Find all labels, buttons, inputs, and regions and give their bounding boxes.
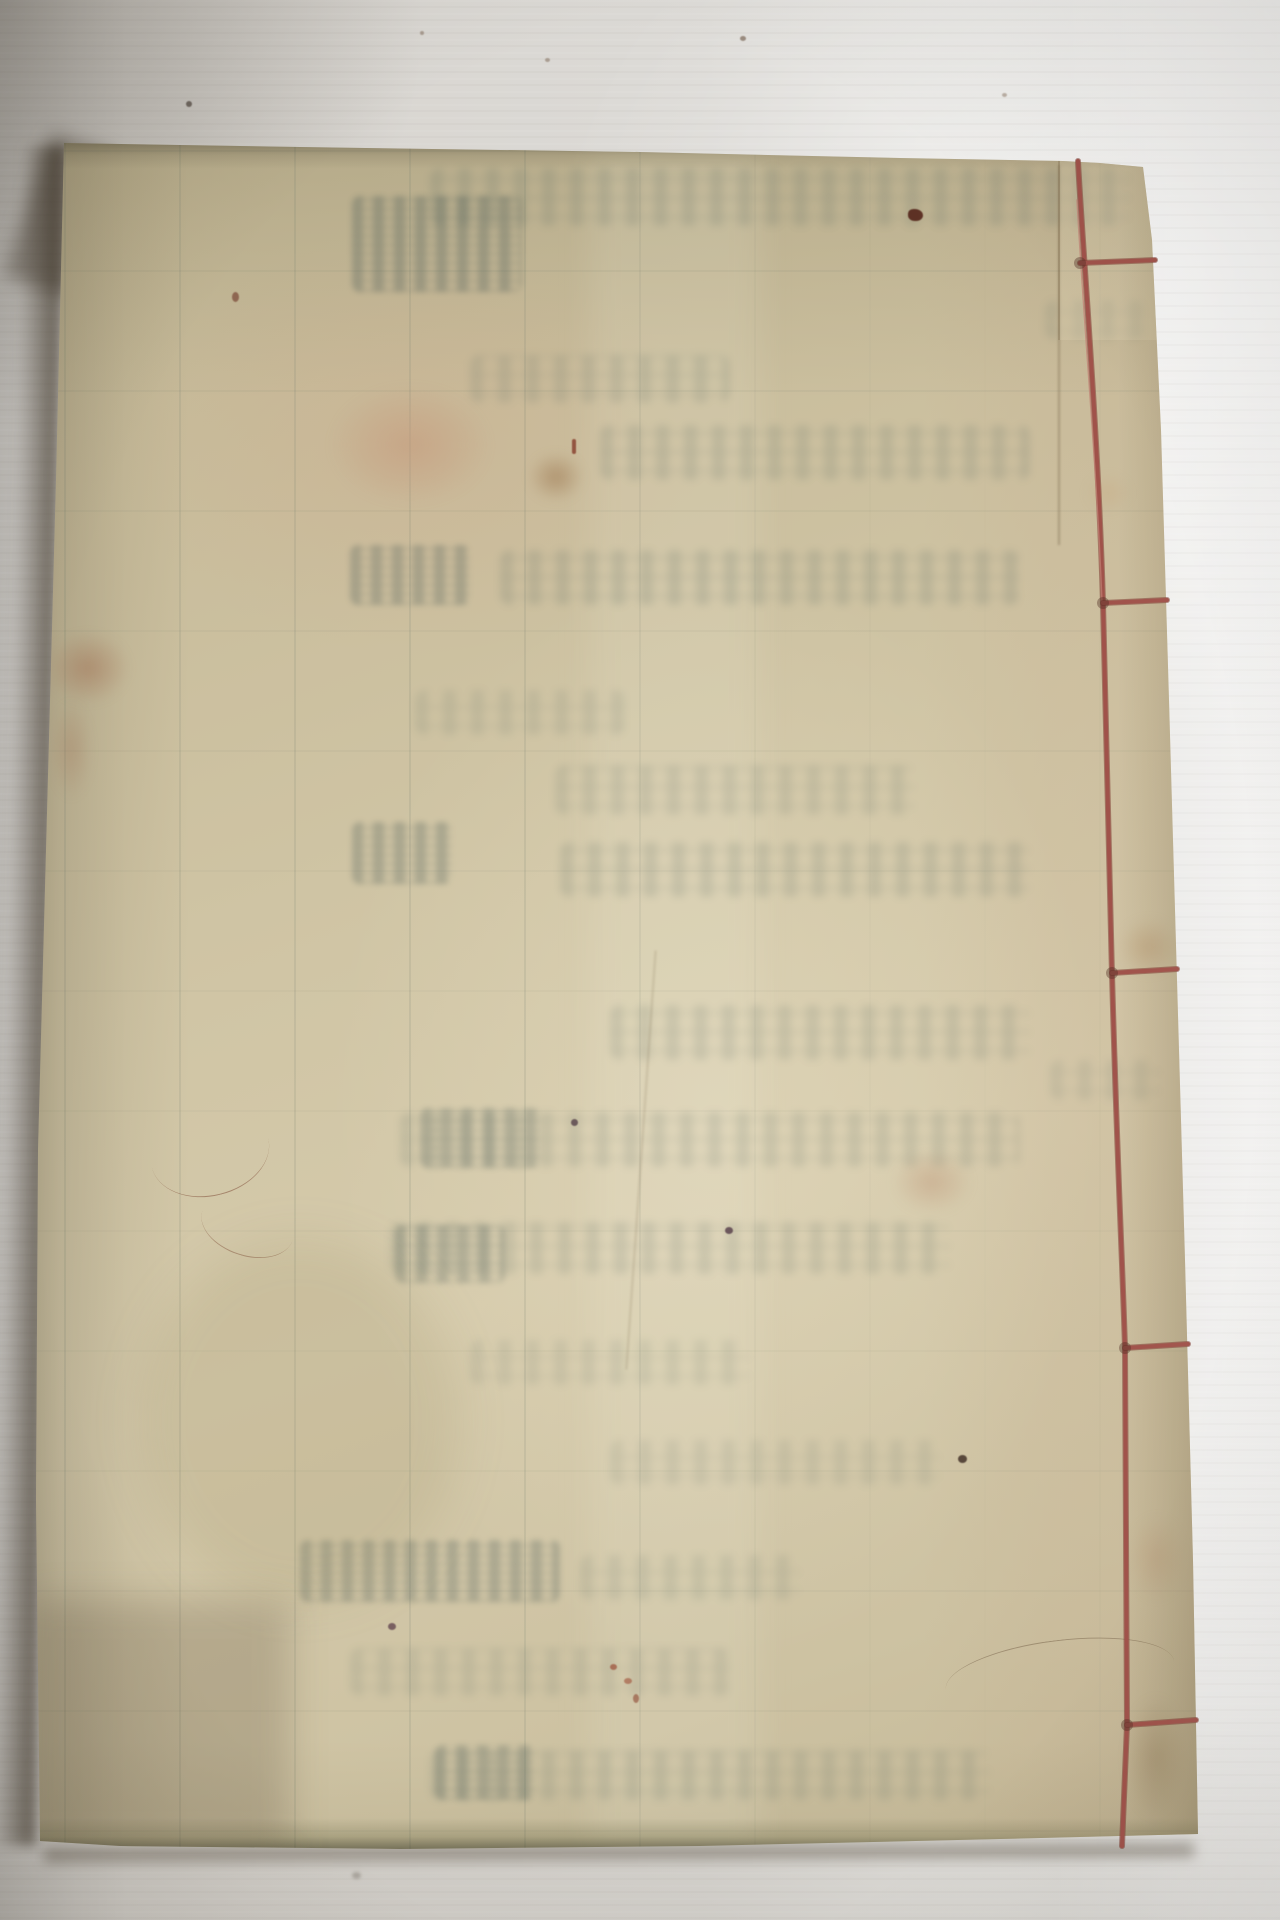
thread-vertical [1078, 161, 1127, 1846]
stitch-hole [1106, 967, 1118, 979]
thread-vertical-shadow [1078, 161, 1127, 1846]
stitch-hole [1097, 597, 1109, 609]
thread-stitch-5 [1127, 1720, 1196, 1725]
stitch-hole [1121, 1719, 1133, 1731]
stitch-hole [1119, 1342, 1131, 1354]
photograph [0, 0, 1280, 1920]
binding-thread [0, 0, 1280, 1920]
stitch-hole [1074, 257, 1086, 269]
